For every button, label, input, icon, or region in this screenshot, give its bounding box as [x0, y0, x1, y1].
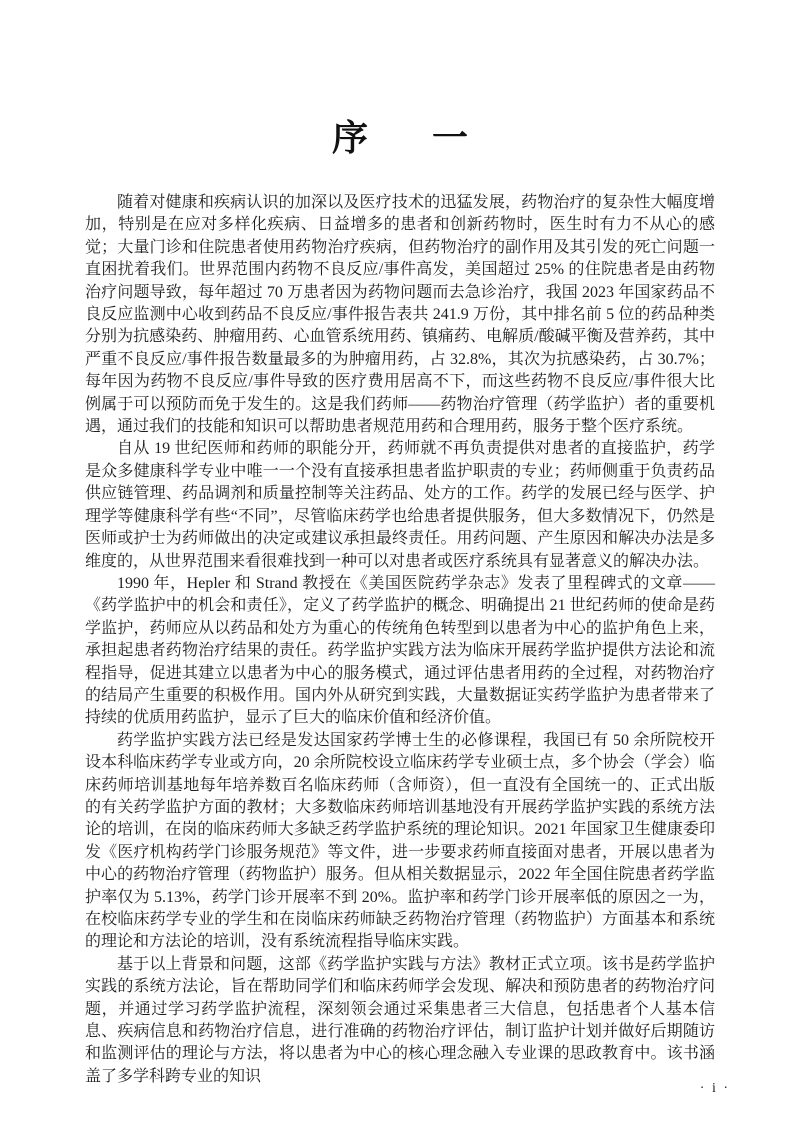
page-number: · i · — [700, 1081, 730, 1097]
preface-body: 随着对健康和疾病认识的加深以及医疗技术的迅猛发展，药物治疗的复杂性大幅度增加，特… — [85, 192, 715, 1088]
paragraph-4: 药学监护实践方法已经是发达国家药学博士生的必修课程，我国已有 50 余所院校开设… — [85, 730, 715, 954]
paragraph-5: 基于以上背景和问题，这部《药学监护实践与方法》教材正式立项。该书是药学监护实践的… — [85, 954, 715, 1088]
paragraph-1: 随着对健康和疾病认识的加深以及医疗技术的迅猛发展，药物治疗的复杂性大幅度增加，特… — [85, 192, 715, 438]
page-title: 序 一 — [0, 0, 800, 164]
paragraph-2: 自从 19 世纪医师和药师的职能分开，药师就不再负责提供对患者的直接监护，药学是… — [85, 438, 715, 572]
book-page: 序 一 随着对健康和疾病认识的加深以及医疗技术的迅猛发展，药物治疗的复杂性大幅度… — [0, 0, 800, 1146]
paragraph-3: 1990 年，Hepler 和 Strand 教授在《美国医院药学杂志》发表了里… — [85, 573, 715, 730]
